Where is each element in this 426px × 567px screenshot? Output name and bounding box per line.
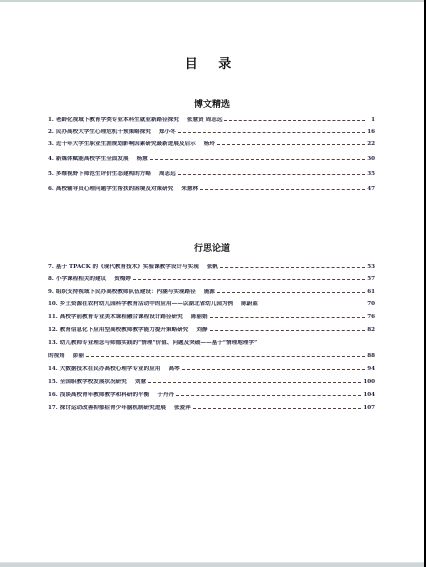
entry-title: 近十年大学生职业生涯规划影响因素研究最新进展及启示 — [56, 141, 196, 147]
entry-page-number: 30 — [367, 156, 375, 162]
entry-author: 刘慧 — [135, 379, 146, 385]
entry-title: 探讨运动改善抑郁症青少年脑机制研究进展 — [60, 405, 166, 411]
entry-author: 刘静 — [196, 327, 207, 333]
entry-author: 杨玲 — [204, 141, 215, 147]
toc-entry[interactable]: 16. 浅谈高校青年教师教学和科研的平衡 于丹丹 104 — [48, 392, 375, 398]
entry-page-number: 100 — [363, 379, 375, 385]
entry-number: 13. — [48, 340, 58, 346]
entry-page-number: 88 — [367, 353, 375, 359]
section-heading-reflections: 行思论道 — [0, 241, 424, 254]
entry-title: 高校辅导员心理问题学生帮扶的困境及对策研究 — [56, 186, 173, 192]
toc-entry[interactable]: 3. 近十年大学生职业生涯规划影响因素研究最新进展及启示 杨玲 22 — [48, 141, 375, 147]
entry-number: 5. — [48, 171, 54, 177]
entry-title: 小学课程相关的建议 — [56, 276, 106, 282]
dot-leader — [148, 382, 361, 383]
toc-entry[interactable]: 6. 高校辅导员心理问题学生帮扶的困境及对策研究 朱慧林 47 — [48, 186, 375, 192]
entry-number: 14. — [48, 366, 58, 372]
page-title: 目 录 — [0, 53, 424, 72]
entry-author: 陈蔚蓝 — [241, 301, 258, 307]
toc-entry[interactable]: 12. 教育信息化下应用型高校教师教学能力提升策略研究 刘静 82 — [48, 327, 375, 333]
entry-page-number: 1 — [367, 117, 375, 123]
entry-page-number: 107 — [363, 405, 375, 411]
entry-number: 7. — [48, 264, 54, 270]
entry-author: 高琴 — [168, 366, 179, 372]
toc-entry[interactable]: 4. 新媒体赋能高校学生全面发展 杨慧 30 — [48, 156, 375, 162]
entry-page-number: 22 — [367, 141, 375, 147]
entry-title: 幼儿教师专业理念与师德实践的“情理”价值、问题及突破——基于“情理地理学” — [60, 340, 257, 346]
entry-page-number: 94 — [367, 366, 375, 372]
toc-entry[interactable]: 11. 高校学前教育专业美术课程融合课程设计路径研究 陈丽娟 76 — [48, 314, 375, 320]
entry-author: 贺梅婷 — [114, 276, 131, 282]
entry-page-number: 47 — [367, 186, 375, 192]
entry-page-number: 104 — [363, 392, 375, 398]
entry-number: 2. — [48, 129, 54, 135]
toc-entry[interactable]: 13. 幼儿教师专业理念与师德实践的“情理”价值、问题及突破——基于“情理地理学… — [48, 340, 375, 346]
entry-title: 多维视野下师范生评价生态建构的方略 — [56, 171, 151, 177]
entry-author: 朱慧林 — [181, 186, 198, 192]
entry-title: 乡土资源在农村幼儿园科学教育活动中的应用——以湖北省幼儿园为例 — [60, 301, 233, 307]
toc-list-reflections: 7. 基于 TPACK 的《现代教育技术》实验课教学设计与实现 张帆 53 8.… — [48, 264, 375, 411]
entry-author: 施源 — [204, 289, 215, 295]
entry-number: 9. — [48, 289, 54, 295]
entry-page-number: 16 — [367, 129, 375, 135]
entry-author: 郑小冬 — [159, 129, 176, 135]
entry-author: 周志远 — [159, 171, 176, 177]
entry-title: 组织支持视域下民办高校教师队伍建设：内涵与实现路径 — [56, 289, 196, 295]
entry-title: 老龄化视域下教育学类专业本科生就业新路径探究 — [56, 117, 179, 123]
toc-entry[interactable]: 5. 多维视野下师范生评价生态建构的方略 周志远 35 — [48, 171, 375, 177]
entry-number: 15. — [48, 379, 58, 385]
dot-leader — [178, 132, 365, 133]
entry-author: 张慧贤 周志远 — [187, 117, 223, 123]
entry-author: 于丹丹 — [157, 392, 174, 398]
document-page: 目 录 博文精选 1. 老龄化视域下教育学类专业本科生就业新路径探究 张慧贤 周… — [0, 2, 424, 562]
entry-number: 12. — [48, 327, 58, 333]
entry-title: 民办高校大学生心理危机干预策略探究 — [56, 129, 151, 135]
entry-number: 3. — [48, 141, 54, 147]
dot-leader — [193, 408, 361, 409]
toc-entry[interactable]: 17. 探讨运动改善抑郁症青少年脑机制研究进展 张爱萍 107 — [48, 405, 375, 411]
entry-number: 1. — [48, 117, 54, 123]
entry-number: 8. — [48, 276, 54, 282]
dot-leader — [178, 174, 365, 175]
dot-leader — [150, 159, 365, 160]
entry-title: 全国职教学校发展状况研究 — [60, 379, 127, 385]
dot-leader — [217, 144, 365, 145]
toc-entry[interactable]: 14. 大数据技术在民办高校心理学专业的应用 高琴 94 — [48, 366, 375, 372]
toc-entry[interactable]: 1. 老龄化视域下教育学类专业本科生就业新路径探究 张慧贤 周志远 1 — [48, 117, 375, 123]
entry-number: 6. — [48, 186, 54, 192]
entry-page-number: 35 — [367, 171, 375, 177]
toc-entry[interactable]: 9. 组织支持视域下民办高校教师队伍建设：内涵与实现路径 施源 61 — [48, 289, 375, 295]
toc-entry[interactable]: 2. 民办高校大学生心理危机干预策略探究 郑小冬 16 — [48, 129, 375, 135]
entry-author: 张爱萍 — [174, 405, 191, 411]
entry-page-number: 61 — [367, 289, 375, 295]
entry-page-number: 82 — [367, 327, 375, 333]
viewer-bottom-border — [0, 562, 424, 567]
entry-title: 浅谈高校青年教师教学和科研的平衡 — [60, 392, 150, 398]
toc-entry[interactable]: 8. 小学课程相关的建议 贺梅婷 57 — [48, 276, 375, 282]
toc-entry[interactable]: 7. 基于 TPACK 的《现代教育技术》实验课教学设计与实现 张帆 53 — [48, 264, 375, 270]
entry-author: 张帆 — [207, 264, 218, 270]
entry-title: 的视角 — [48, 353, 65, 359]
entry-author: 陈丽娟 — [191, 314, 208, 320]
entry-page-number: 70 — [367, 301, 375, 307]
entry-number: 17. — [48, 405, 58, 411]
entry-title: 基于 TPACK 的《现代教育技术》实验课教学设计与实现 — [56, 264, 199, 270]
dot-leader — [176, 395, 361, 396]
entry-author: 杨慧 — [137, 156, 148, 162]
entry-number: 11. — [48, 314, 58, 320]
dot-leader — [224, 120, 365, 121]
entry-title: 新媒体赋能高校学生全面发展 — [56, 156, 129, 162]
section-heading-featured: 博文精选 — [0, 97, 424, 110]
entry-number: 4. — [48, 156, 54, 162]
entry-page-number: 57 — [367, 276, 375, 282]
entry-number: 10. — [48, 301, 58, 307]
entry-number: 16. — [48, 392, 58, 398]
dot-leader — [220, 267, 365, 268]
dot-leader — [200, 189, 365, 190]
dot-leader — [217, 292, 365, 293]
dot-leader — [86, 356, 365, 357]
entry-title: 教育信息化下应用型高校教师教学能力提升策略研究 — [60, 327, 189, 333]
toc-list-featured: 1. 老龄化视域下教育学类专业本科生就业新路径探究 张慧贤 周志远 1 2. 民… — [48, 117, 375, 192]
toc-entry[interactable]: 10. 乡土资源在农村幼儿园科学教育活动中的应用——以湖北省幼儿园为例 陈蔚蓝 … — [48, 301, 375, 307]
dot-leader — [210, 317, 365, 318]
toc-entry[interactable]: 15. 全国职教学校发展状况研究 刘慧 100 — [48, 379, 375, 385]
entry-page-number: 76 — [367, 314, 375, 320]
toc-entry-continuation[interactable]: 的视角 彭丽 88 — [48, 353, 375, 359]
entry-title: 大数据技术在民办高校心理学专业的应用 — [60, 366, 161, 372]
entry-page-number: 53 — [367, 264, 375, 270]
entry-title: 高校学前教育专业美术课程融合课程设计路径研究 — [60, 314, 183, 320]
entry-author: 彭丽 — [73, 353, 84, 359]
dot-leader — [210, 330, 365, 331]
dot-leader — [133, 279, 365, 280]
dot-leader — [182, 369, 365, 370]
